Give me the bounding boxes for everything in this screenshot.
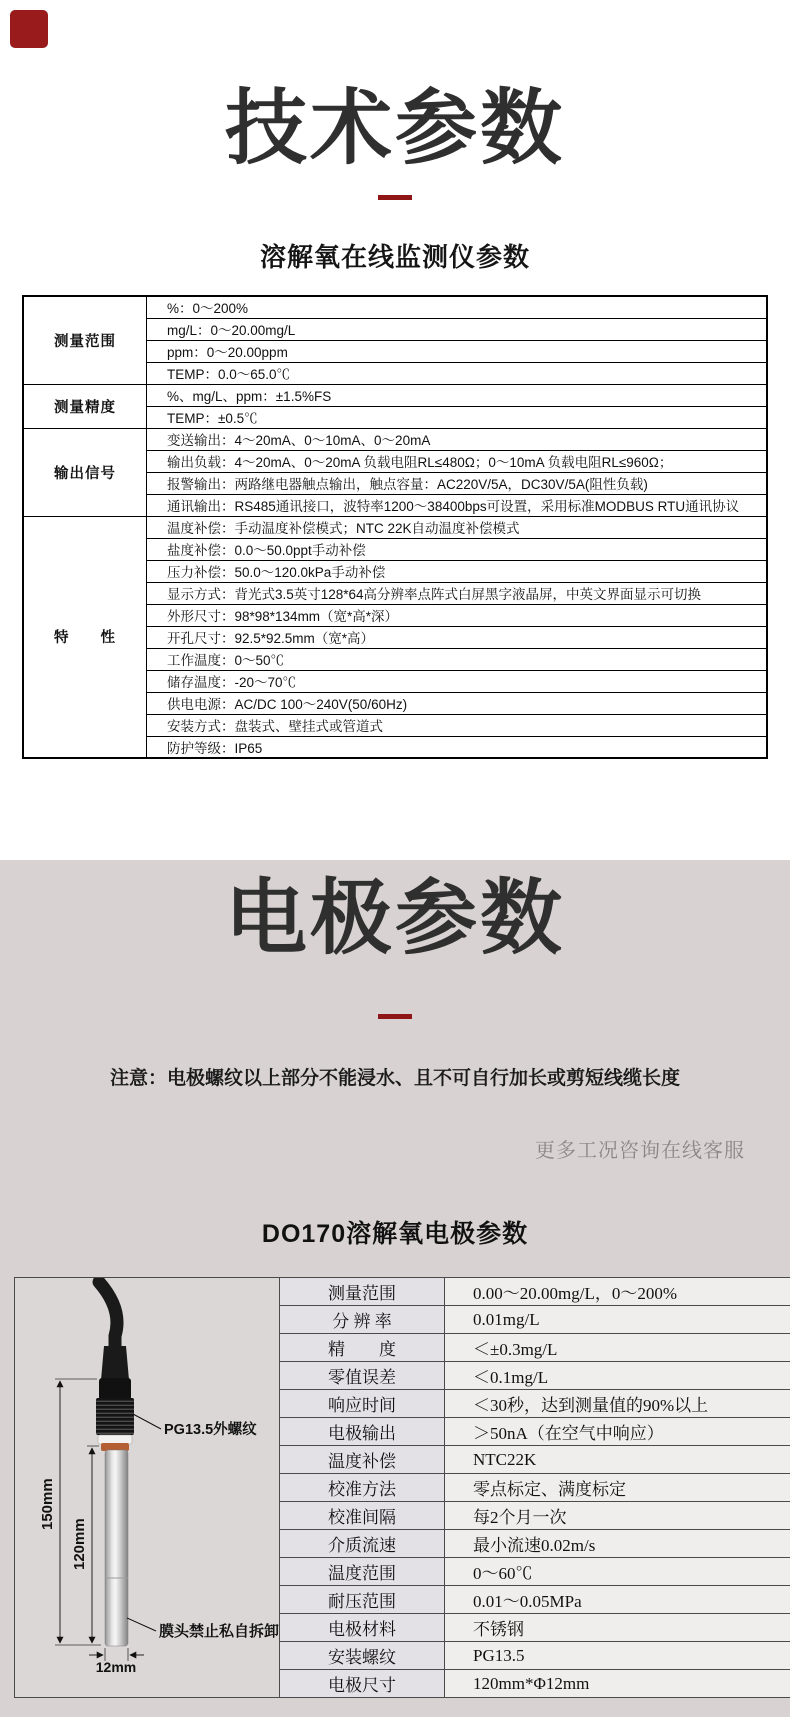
monitor-spec-value: %：0～200% (147, 296, 768, 318)
dim-label-12mm: 12mm (96, 1659, 136, 1675)
electrode-spec-value: 0.01～0.05MPa (445, 1586, 790, 1614)
electrode-spec-value: 每2个月一次 (445, 1502, 790, 1530)
electrode-spec-value: ＞50nA（在空气中响应） (445, 1418, 790, 1446)
red-corner-badge (10, 10, 48, 48)
monitor-spec-value: 压力补偿：50.0～120.0kPa手动补偿 (147, 560, 768, 582)
monitor-spec-value: 防护等级：IP65 (147, 736, 768, 758)
electrode-probe-diagram: 150mm 120mm 12mm PG13.5外螺纹 膜头禁止私自拆卸 (15, 1278, 279, 1680)
electrode-spec-label: 电极尺寸 (280, 1670, 445, 1698)
electrode-spec-value: ＜30秒，达到测量值的90%以上 (445, 1390, 790, 1418)
monitor-spec-value: 通讯输出：RS485通讯接口，波特率1200～38400bps可设置，采用标准M… (147, 494, 768, 516)
electrode-spec-label: 零值误差 (280, 1362, 445, 1390)
product-spec-page: 技术参数 溶解氧在线监测仪参数 测量范围%：0～200%mg/L：0～20.00… (0, 0, 790, 1717)
monitor-subtitle: 溶解氧在线监测仪参数 (0, 237, 790, 274)
electrode-spec-label: 安装螺纹 (280, 1642, 445, 1670)
electrode-spec-label: 响应时间 (280, 1390, 445, 1418)
monitor-spec-value: ppm：0～20.00ppm (147, 340, 768, 362)
electrode-spec-value: 零点标定、满度标定 (445, 1474, 790, 1502)
electrode-spec-value: 最小流速0.02m/s (445, 1530, 790, 1558)
electrode-spec-value: 0～60℃ (445, 1558, 790, 1586)
electrode-spec-label: 耐压范围 (280, 1586, 445, 1614)
probe-neck (101, 1346, 129, 1380)
monitor-table-row: 特 性温度补偿：手动温度补偿模式；NTC 22K自动温度补偿模式 (23, 516, 767, 538)
monitor-spec-value: %、mg/L、ppm：±1.5%FS (147, 384, 768, 406)
electrode-spec-value: PG13.5 (445, 1642, 790, 1670)
probe-thread (96, 1398, 134, 1435)
monitor-spec-value: 工作温度：0～50℃ (147, 648, 768, 670)
electrode-spec-value: ＜0.1mg/L (445, 1362, 790, 1390)
electrode-warning-note: 注意：电极螺纹以上部分不能浸水、且不可自行加长或剪短线缆长度 (0, 1063, 790, 1090)
monitor-table-row: 输出信号变送输出：4～20mA、0～10mA、0～20mA (23, 428, 767, 450)
monitor-spec-value: 供电电源：AC/DC 100～240V(50/60Hz) (147, 692, 768, 714)
electrode-spec-label: 校准间隔 (280, 1502, 445, 1530)
monitor-spec-value: 外形尺寸：98*98*134mm（宽*高*深） (147, 604, 768, 626)
monitor-spec-value: 开孔尺寸：92.5*92.5mm（宽*高） (147, 626, 768, 648)
electrode-spec-label: 电极材料 (280, 1614, 445, 1642)
head-callout-label: 膜头禁止私自拆卸 (159, 1622, 279, 1640)
monitor-spec-value: 盐度补偿：0.0～50.0ppt手动补偿 (147, 538, 768, 560)
electrode-params-title: 电极参数 (0, 876, 790, 962)
electrode-spec-value: 不锈钢 (445, 1614, 790, 1642)
electrode-spec-label: 精 度 (280, 1334, 445, 1362)
electrode-spec-value: 120mm*Φ12mm (445, 1670, 790, 1698)
probe-cap (99, 1378, 131, 1400)
electrode-spec-label: 温度补偿 (280, 1446, 445, 1474)
monitor-group-label: 测量精度 (23, 384, 147, 428)
electrode-spec-label: 校准方法 (280, 1474, 445, 1502)
customer-service-text: 更多工况咨询在线客服 (535, 1134, 745, 1163)
electrode-spec-value: ＜±0.3mg/L (445, 1334, 790, 1362)
thread-callout-line (133, 1414, 161, 1429)
monitor-group-label: 输出信号 (23, 428, 147, 516)
electrode-table-row: 150mm 120mm 12mm PG13.5外螺纹 膜头禁止私自拆卸 测量范围… (15, 1278, 790, 1306)
electrode-spec-label: 电极输出 (280, 1418, 445, 1446)
dim-label-150mm: 150mm (39, 1478, 56, 1530)
monitor-group-label: 特 性 (23, 516, 147, 758)
probe-white-ring (98, 1435, 132, 1444)
monitor-spec-table: 测量范围%：0～200%mg/L：0～20.00mg/Lppm：0～20.00p… (22, 295, 768, 759)
monitor-spec-value: 报警输出：两路继电器触点输出，触点容量：AC220V/5A，DC30V/5A(阻… (147, 472, 768, 494)
monitor-spec-value: 显示方式：背光式3.5英寸128*64高分辨率点阵式白屏黑字液晶屏，中英文界面显… (147, 582, 768, 604)
electrode-spec-table: 150mm 120mm 12mm PG13.5外螺纹 膜头禁止私自拆卸 测量范围… (14, 1277, 790, 1698)
head-callout-line (127, 1618, 156, 1631)
monitor-spec-value: mg/L：0～20.00mg/L (147, 318, 768, 340)
electrode-spec-value: 0.01mg/L (445, 1306, 790, 1334)
monitor-table-row: 测量精度%、mg/L、ppm：±1.5%FS (23, 384, 767, 406)
monitor-spec-value: 安装方式：盘装式、壁挂式或管道式 (147, 714, 768, 736)
tech-params-title: 技术参数 (0, 86, 790, 172)
probe-cable (99, 1282, 117, 1350)
electrode-table-title: DO170溶解氧电极参数 (0, 1214, 790, 1250)
electrode-spec-value: 0.00～20.00mg/L，0～200% (445, 1278, 790, 1306)
monitor-spec-value: 温度补偿：手动温度补偿模式；NTC 22K自动温度补偿模式 (147, 516, 768, 538)
electrode-accent-dash (378, 1014, 412, 1019)
electrode-spec-label: 介质流速 (280, 1530, 445, 1558)
thread-callout-label: PG13.5外螺纹 (164, 1420, 257, 1438)
monitor-group-label: 测量范围 (23, 296, 147, 384)
monitor-table-row: 测量范围%：0～200% (23, 296, 767, 318)
probe-shaft (105, 1450, 128, 1646)
monitor-spec-value: 储存温度：-20～70℃ (147, 670, 768, 692)
electrode-spec-label: 分 辨 率 (280, 1306, 445, 1334)
monitor-spec-value: 输出负载：4～20mA、0～20mA 负载电阻RL≤480Ω；0～10mA 负载… (147, 450, 768, 472)
electrode-spec-label: 温度范围 (280, 1558, 445, 1586)
electrode-spec-label: 测量范围 (280, 1278, 445, 1306)
electrode-spec-value: NTC22K (445, 1446, 790, 1474)
monitor-spec-value: 变送输出：4～20mA、0～10mA、0～20mA (147, 428, 768, 450)
dim-label-120mm: 120mm (71, 1518, 88, 1570)
title-accent-dash (378, 195, 412, 200)
electrode-diagram-cell: 150mm 120mm 12mm PG13.5外螺纹 膜头禁止私自拆卸 (15, 1278, 280, 1698)
monitor-spec-value: TEMP：±0.5℃ (147, 406, 768, 428)
monitor-spec-value: TEMP：0.0～65.0℃ (147, 362, 768, 384)
